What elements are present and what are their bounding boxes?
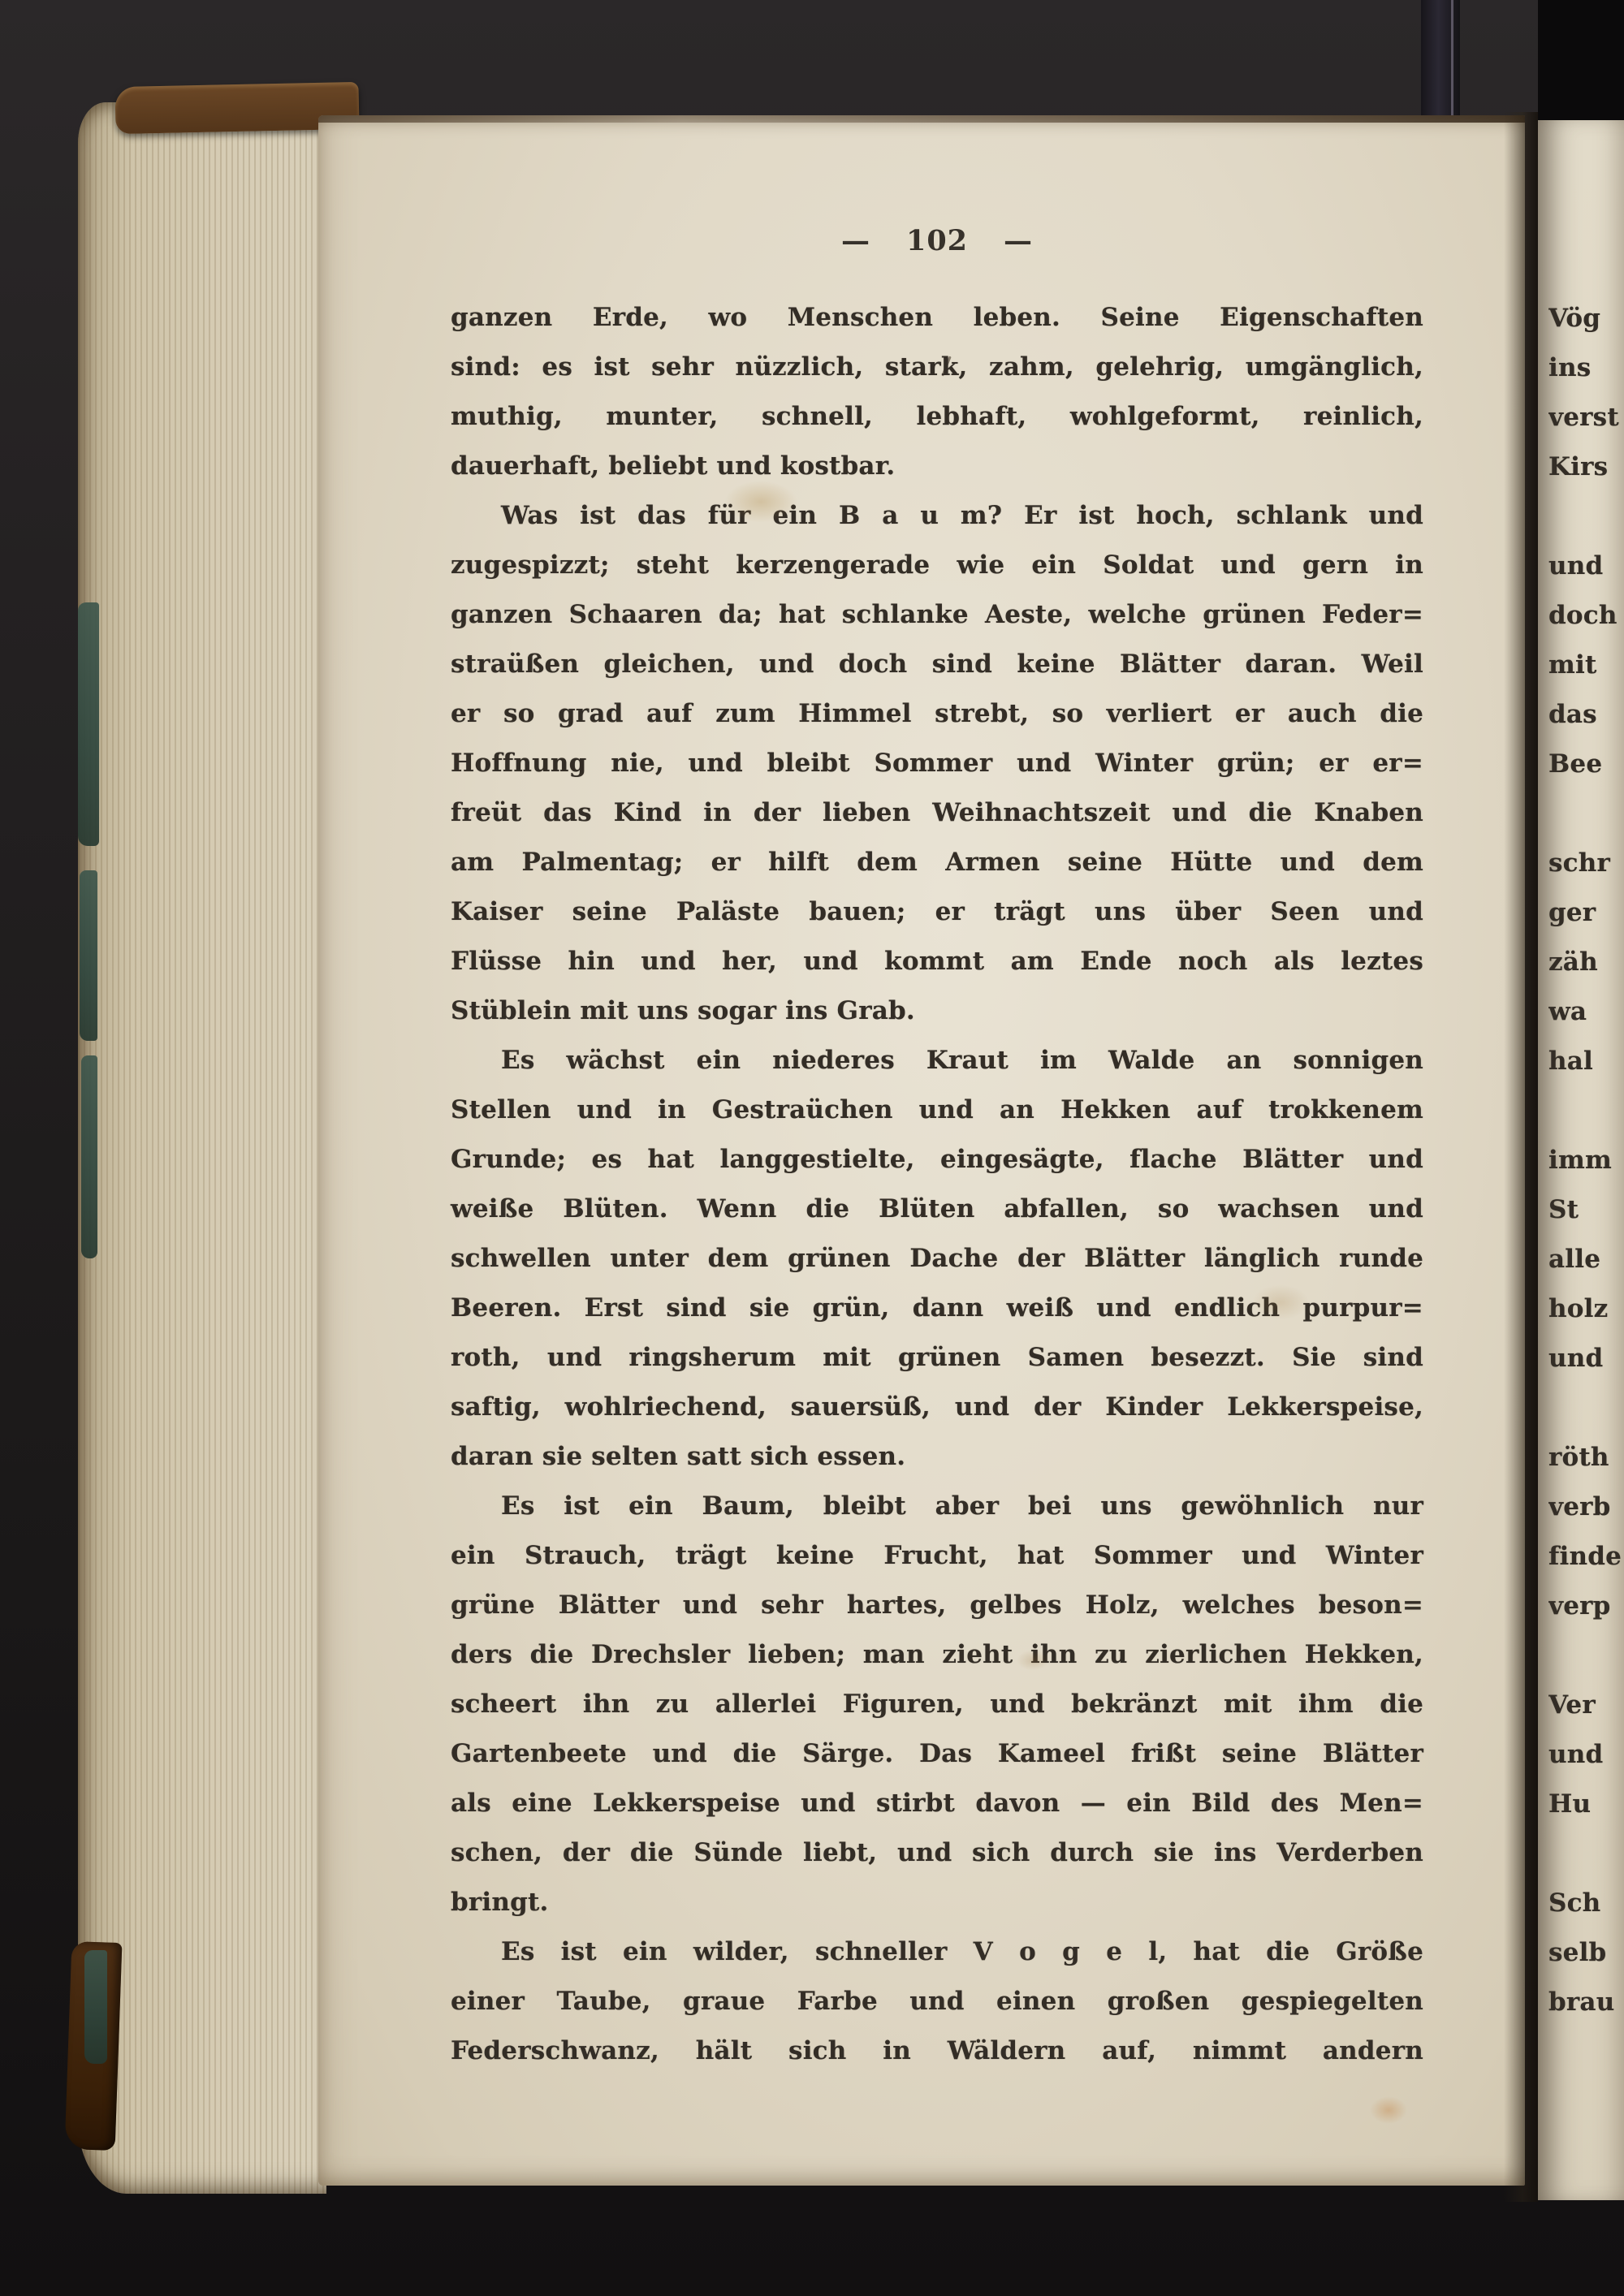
text-line: schwellen unter dem grünen Dache der Blä… [451, 1234, 1423, 1284]
header-dash-right: — [1004, 224, 1033, 257]
text-fragment: Kirs [1548, 442, 1624, 492]
text-fragment: Sch [1548, 1879, 1624, 1928]
header-dash-left: — [841, 224, 870, 257]
text-fragment: und [1548, 1334, 1624, 1383]
text-line: Es ist ein wilder, schneller V o g e l, … [451, 1927, 1423, 1977]
text-line: Es wächst ein niederes Kraut im Walde an… [451, 1036, 1423, 1085]
text-line: grüne Blätter und sehr hartes, gelbes Ho… [451, 1581, 1423, 1630]
text-line: bringt. [451, 1878, 1423, 1927]
text-line: ein Strauch, trägt keine Frucht, hat Som… [451, 1531, 1423, 1581]
text-fragment: doch [1548, 591, 1624, 641]
text-fragment: ger [1548, 888, 1624, 938]
book-page-right-partial: VöginsverstKirs unddochmitdasBee schrger… [1538, 120, 1624, 2200]
text-fragment: Hu [1548, 1780, 1624, 1829]
text-line: Grunde; es hat langgestielte, eingesägte… [451, 1135, 1423, 1185]
text-line: sind: es ist sehr nüzzlich, stark, zahm,… [451, 343, 1423, 392]
text-line: als eine Lekkerspeise und stirbt davon —… [451, 1779, 1423, 1828]
text-line: ders die Drechsler lieben; man zieht ihn… [451, 1630, 1423, 1680]
text-fragment: und [1548, 1730, 1624, 1780]
text-fragment: schr [1548, 839, 1624, 888]
text-fragment: und [1548, 542, 1624, 591]
text-line: einer Taube, graue Farbe und einen große… [451, 1977, 1423, 2026]
marbled-board-edge [78, 602, 99, 846]
text-fragment: röth [1548, 1433, 1624, 1482]
text-fragment: Vög [1548, 294, 1624, 343]
text-fragment: verp [1548, 1582, 1624, 1631]
text-line: Was ist das für ein B a u m? Er ist hoch… [451, 491, 1423, 541]
text-line: Beeren. Erst sind sie grün, dann weiß un… [451, 1284, 1423, 1333]
text-line: Flüsse hin und her, und kommt am Ende no… [451, 937, 1423, 986]
text-fragment: wa [1548, 987, 1624, 1037]
text-fragment [1548, 2027, 1624, 2077]
text-line: scheert ihn zu allerlei Figuren, und bek… [451, 1680, 1423, 1729]
text-fragment: finde [1548, 1532, 1624, 1582]
text-line: Kaiser seine Paläste bauen; er trägt uns… [451, 887, 1423, 937]
text-fragment: verb [1548, 1482, 1624, 1532]
text-fragment [1548, 1829, 1624, 1879]
photo-background: { "colors": { "background": "#1d1b1b", "… [0, 0, 1624, 2296]
text-fragment: holz [1548, 1284, 1624, 1334]
text-fragment: mit [1548, 641, 1624, 690]
text-fragment: hal [1548, 1037, 1624, 1086]
text-fragment: brau [1548, 1978, 1624, 2027]
page-number: 102 [906, 224, 968, 257]
text-fragment: das [1548, 690, 1624, 740]
text-fragment [1548, 789, 1624, 839]
marbled-board-edge [84, 1950, 107, 2064]
text-fragment [1548, 1631, 1624, 1681]
dark-corner [1538, 0, 1624, 120]
gutter-shadow [1504, 112, 1538, 2202]
text-line: Federschwanz, hält sich in Wäldern auf, … [451, 2026, 1423, 2076]
text-line: Hoffnung nie, und bleibt Sommer und Wint… [451, 739, 1423, 788]
text-fragment: alle [1548, 1235, 1624, 1284]
text-line: freüt das Kind in der lieben Weihnachtsz… [451, 788, 1423, 838]
text-line: roth, und ringsherum mit grünen Samen be… [451, 1333, 1423, 1383]
text-fragment: St [1548, 1185, 1624, 1235]
text-line: straüßen gleichen, und doch sind keine B… [451, 640, 1423, 689]
text-line: weiße Blüten. Wenn die Blüten abfallen, … [451, 1185, 1423, 1234]
text-line: ganzen Erde, wo Menschen leben. Seine Ei… [451, 293, 1423, 343]
text-line: er so grad auf zum Himmel strebt, so ver… [451, 689, 1423, 739]
text-line: saftig, wohlriechend, sauersüß, und der … [451, 1383, 1423, 1432]
text-line: schen, der die Sünde liebt, und sich dur… [451, 1828, 1423, 1878]
marbled-board-edge [80, 870, 97, 1041]
marbled-board-edge [81, 1055, 97, 1258]
text-line: muthig, munter, schnell, lebhaft, wohlge… [451, 392, 1423, 442]
text-fragment [1548, 1086, 1624, 1136]
text-line: Es ist ein Baum, bleibt aber bei uns gew… [451, 1482, 1423, 1531]
text-line: dauerhaft, beliebt und kostbar. [451, 442, 1423, 491]
page-text-block: ganzen Erde, wo Menschen leben. Seine Ei… [451, 293, 1423, 2076]
text-fragment: verst [1548, 393, 1624, 442]
text-fragment: Bee [1548, 740, 1624, 789]
text-line: Gartenbeete und die Särge. Das Kameel fr… [451, 1729, 1423, 1779]
text-fragment [1548, 1383, 1624, 1433]
book-page-left: — 102 — ganzen Erde, wo Menschen leben. … [318, 115, 1525, 2186]
foxing-stain [1370, 2096, 1407, 2124]
text-fragment: Ver [1548, 1681, 1624, 1730]
text-line: Stüblein mit uns sogar ins Grab. [451, 986, 1423, 1036]
facing-page-text-fragments: VöginsverstKirs unddochmitdasBee schrger… [1548, 294, 1624, 2077]
text-line: daran sie selten satt sich essen. [451, 1432, 1423, 1482]
text-line: zugespizzt; steht kerzengerade wie ein S… [451, 541, 1423, 590]
text-line: am Palmentag; er hilft dem Armen seine H… [451, 838, 1423, 887]
text-fragment: selb [1548, 1928, 1624, 1978]
text-fragment: ins [1548, 343, 1624, 393]
text-line: Stellen und in Gestraüchen und an Hekken… [451, 1085, 1423, 1135]
text-line: ganzen Schaaren da; hat schlanke Aeste, … [451, 590, 1423, 640]
page-edge-stack [78, 102, 326, 2194]
text-fragment [1548, 492, 1624, 542]
text-fragment: zäh [1548, 938, 1624, 987]
page-header: — 102 — [451, 219, 1423, 261]
text-fragment: imm [1548, 1136, 1624, 1185]
